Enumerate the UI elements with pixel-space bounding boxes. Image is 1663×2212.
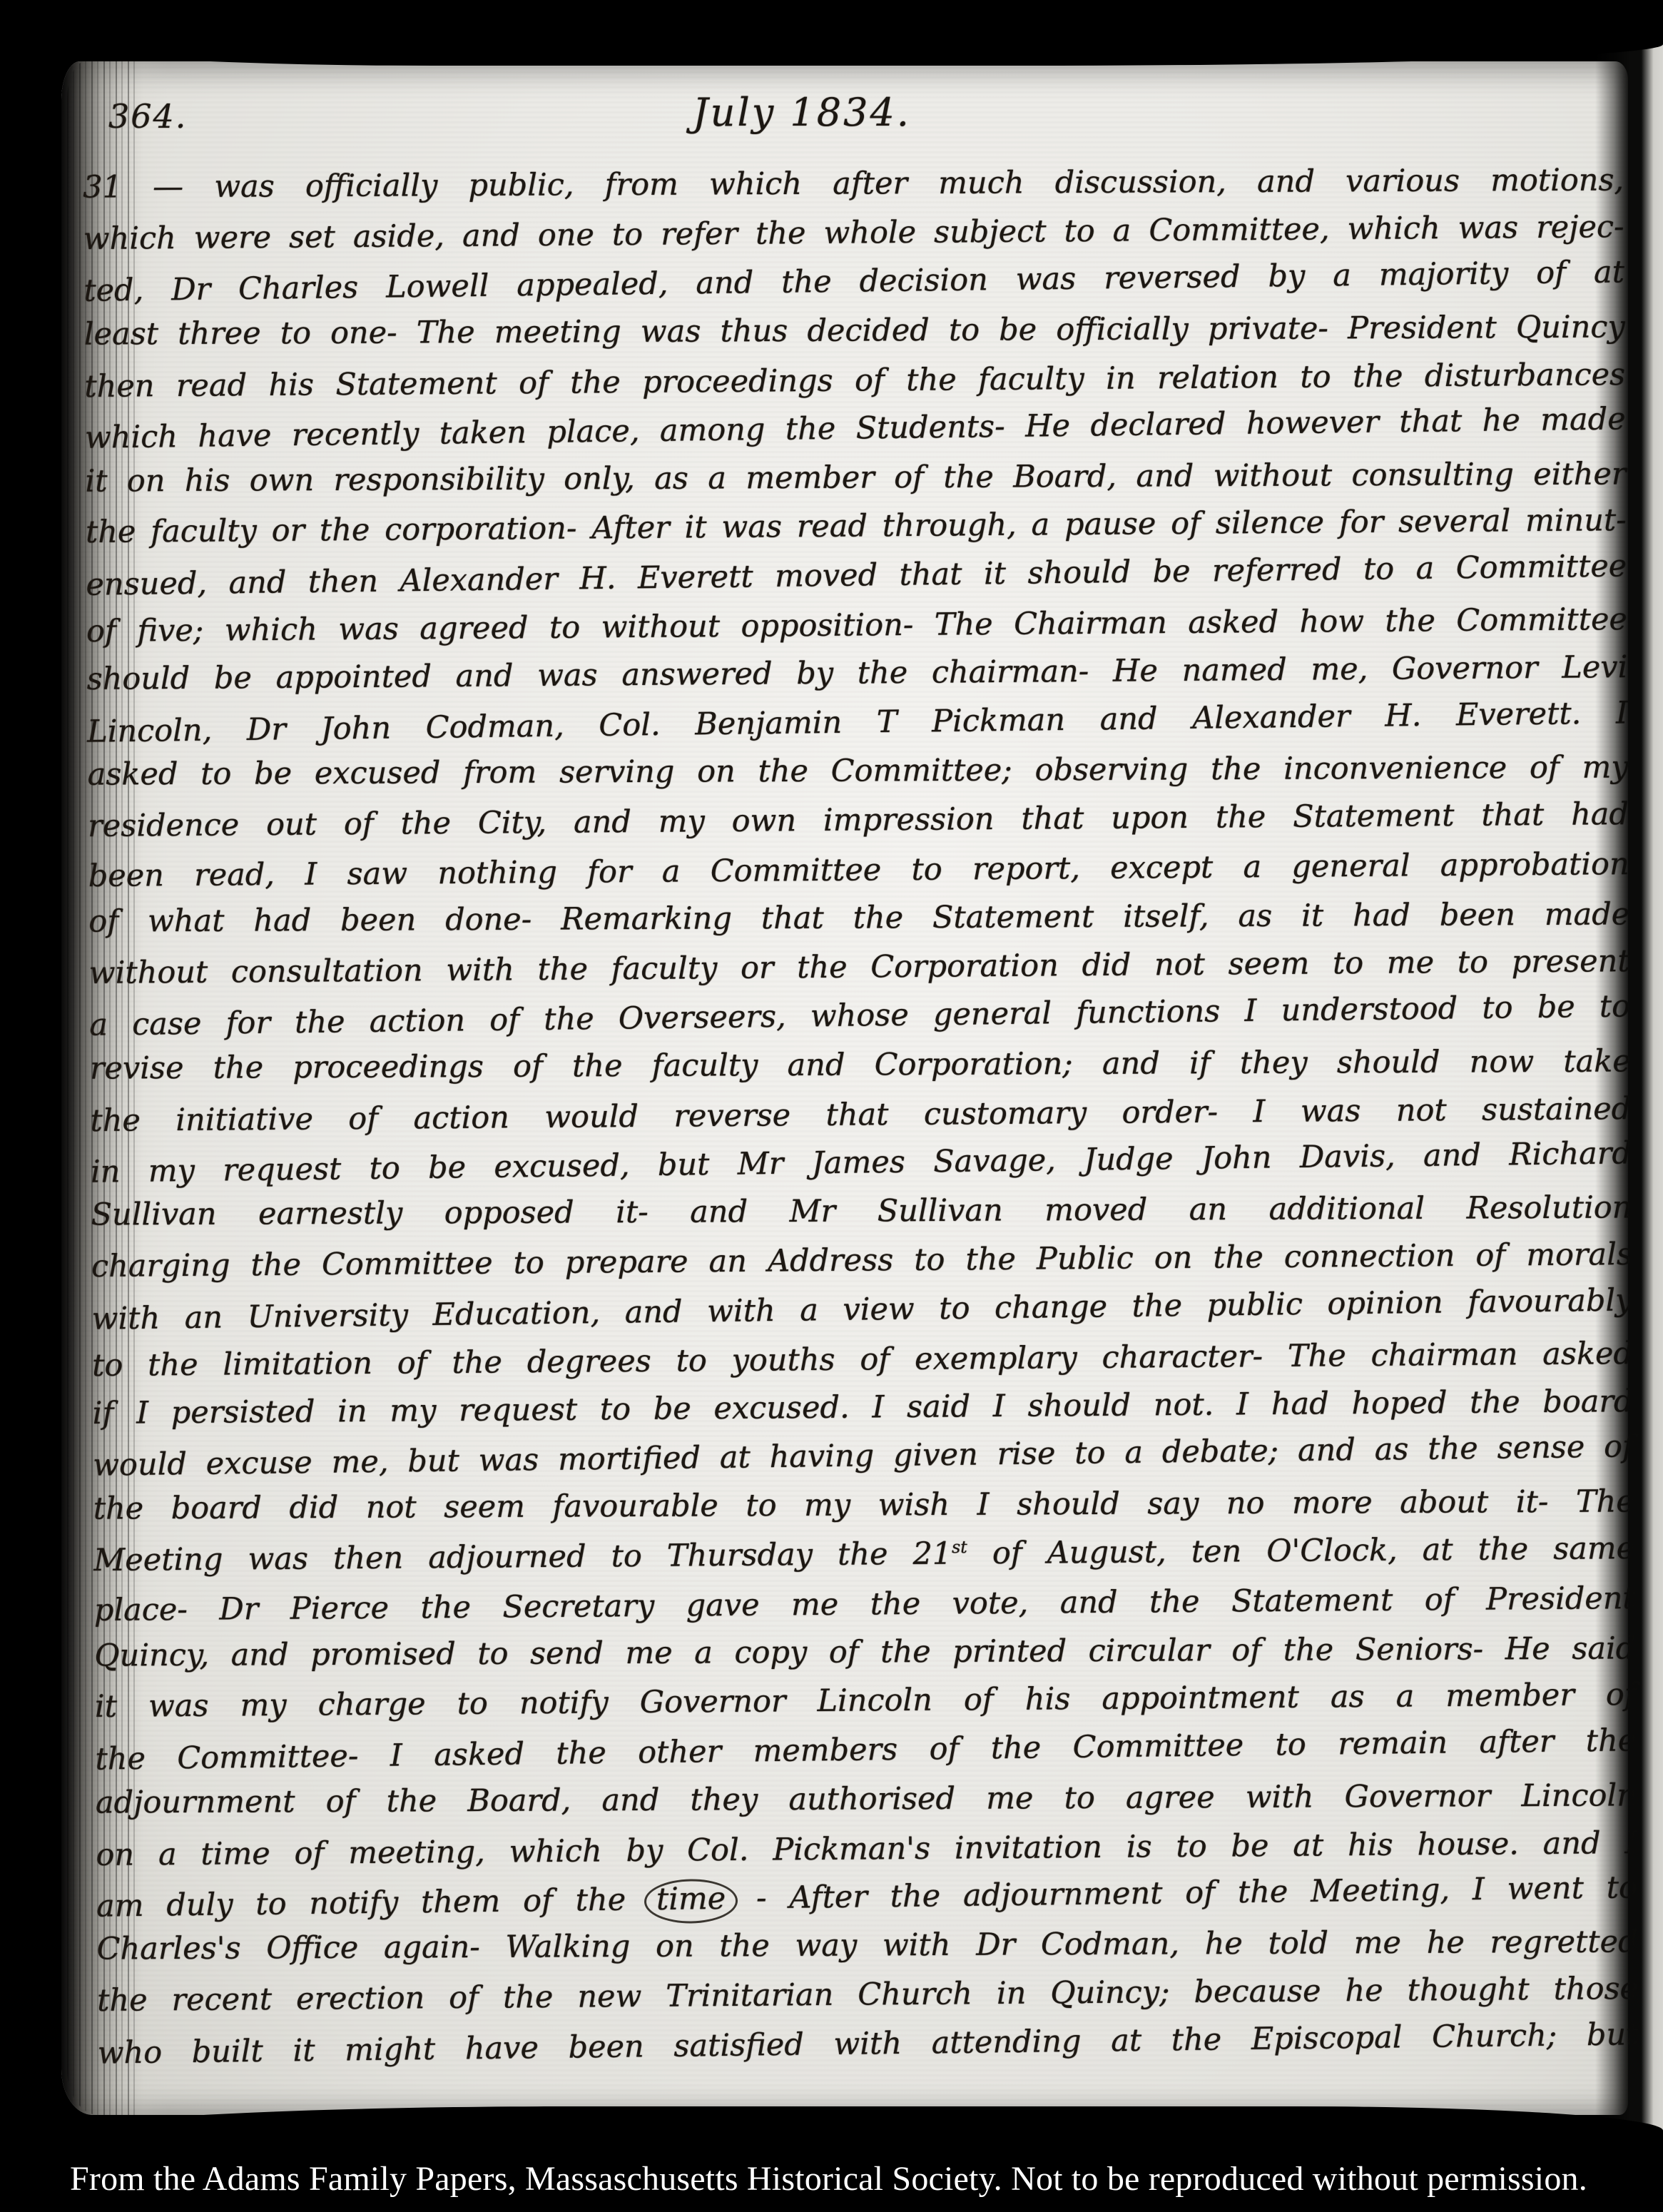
- manuscript-line: the board did not seem favourable to my …: [93, 1483, 1634, 1540]
- circled-word: time: [644, 1878, 738, 1924]
- manuscript-line: Charles's Office again- Walking on the w…: [96, 1924, 1637, 1981]
- manuscript-line: Sullivan earnestly opposed it- and Mr Su…: [91, 1190, 1632, 1247]
- manuscript-paper: 364. July 1834. 31 — was officially publ…: [61, 61, 1628, 2115]
- scan-border-top: [0, 0, 1663, 66]
- manuscript-line: asked to be excused from serving on the …: [88, 750, 1629, 806]
- footer-credit-text: From the Adams Family Papers, Massaschus…: [70, 2160, 1587, 2198]
- adjacent-page-edge: [1595, 0, 1663, 2212]
- footer-credit-bar: From the Adams Family Papers, Massaschus…: [70, 2159, 1639, 2198]
- manuscript-text-block: 31 — was officially public, from which a…: [83, 160, 1639, 2081]
- manuscript-line: revise the proceedings of the faculty an…: [90, 1043, 1631, 1100]
- scanned-manuscript-page: 364. July 1834. 31 — was officially publ…: [0, 0, 1663, 2212]
- manuscript-line: least three to one- The meeting was thus…: [84, 309, 1625, 365]
- heading-date: July 1834.: [61, 90, 1542, 135]
- manuscript-line: it on his own responsibility only, as a …: [85, 456, 1626, 512]
- page-header: 364. July 1834.: [61, 90, 1628, 168]
- manuscript-line: adjournment of the Board, and they autho…: [96, 1777, 1637, 1834]
- manuscript-line: Quincy, and promised to send me a copy o…: [94, 1630, 1635, 1687]
- manuscript-line: of what had been done- Remarking that th…: [88, 896, 1629, 953]
- manuscript-line: 31 — was officially public, from which a…: [83, 162, 1624, 218]
